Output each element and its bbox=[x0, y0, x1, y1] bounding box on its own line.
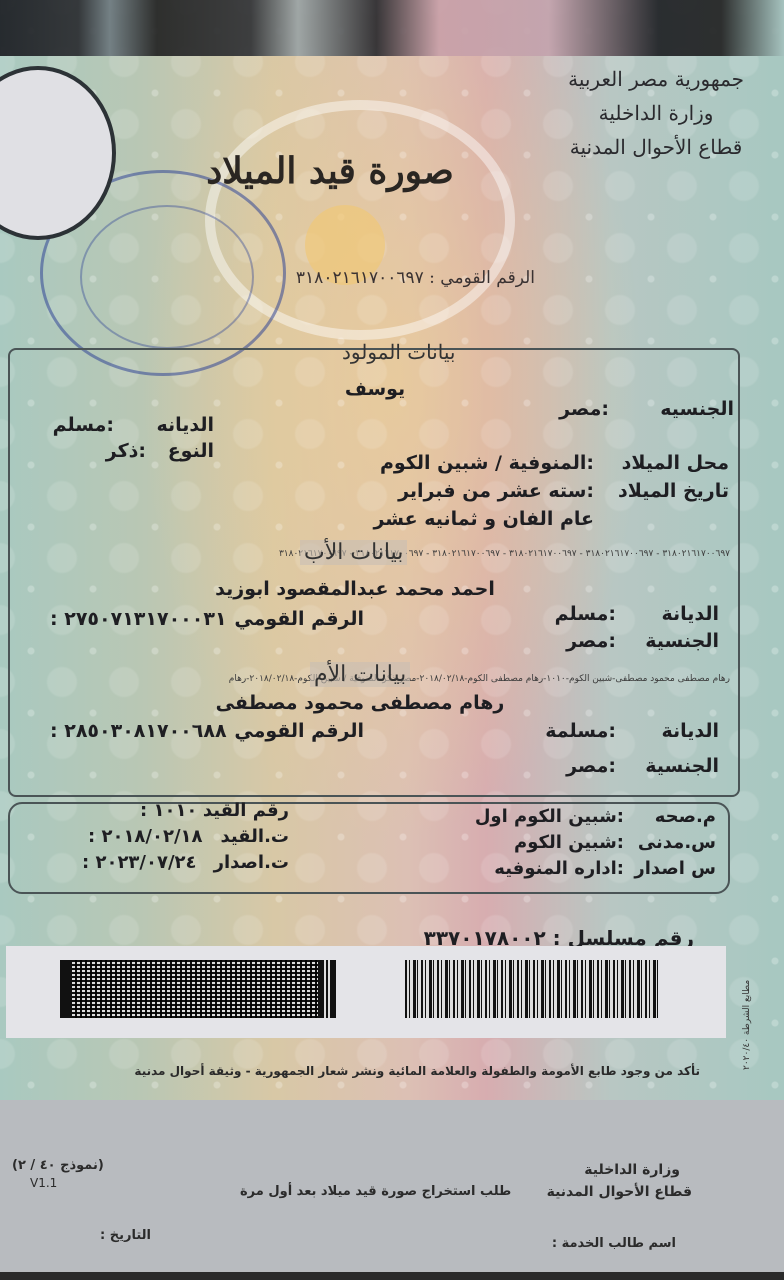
newborn-name: يوسف bbox=[330, 378, 420, 400]
mother-national-id-value: ٢٨٥٠٣٠٨١٧٠٠٦٨٨ bbox=[64, 720, 226, 742]
father-national-id-label: الرقم القومي bbox=[234, 608, 364, 630]
form-date-label: التاريخ : bbox=[100, 1228, 151, 1243]
birth-certificate: جمهورية مصر العربية وزارة الداخلية قطاع … bbox=[0, 0, 784, 1100]
form-sector: قطاع الأحوال المدنية bbox=[547, 1184, 692, 1200]
form-number: (نموذج ٤٠ / ٢) bbox=[12, 1158, 104, 1173]
issue-office: :اداره المنوفيه bbox=[494, 858, 624, 879]
newborn-gender-value: ذكر bbox=[106, 440, 139, 462]
record-number: ١٠١٠ : bbox=[140, 800, 197, 821]
newborn-gender-label: النوع bbox=[168, 440, 214, 462]
redacted-top-strip bbox=[0, 0, 784, 56]
bottom-edge-shadow bbox=[0, 1272, 784, 1280]
father-section-label: بيانات الأب bbox=[300, 540, 407, 565]
birthdate-line2: عام الفان و ثمانيه عشر bbox=[373, 508, 594, 530]
father-national-id-value: ٢٧٥٠٧١٣١٧٠٠٠٣١ bbox=[64, 608, 226, 630]
pdf417-start-pattern bbox=[60, 960, 72, 1018]
father-religion-value: مسلم bbox=[555, 603, 609, 625]
request-form: وزارة الداخلية قطاع الأحوال المدنية طلب … bbox=[0, 1100, 784, 1280]
issue-date: ٢٠٢٣/٠٧/٢٤ : bbox=[82, 852, 197, 873]
mother-section-label: بيانات الأم bbox=[310, 662, 410, 687]
issue-date-value: ٢٠٢٣/٠٧/٢٤ bbox=[95, 852, 196, 873]
mother-national-id-label: الرقم القومي bbox=[234, 720, 364, 742]
civil-registry-value: شبين الكوم bbox=[514, 832, 617, 853]
authenticity-note: تأكد من وجود طابع الأمومة والطفولة والعل… bbox=[30, 1064, 700, 1078]
newborn-nationality: :مصر bbox=[559, 398, 609, 420]
header-sector: قطاع الأحوال المدنية bbox=[568, 130, 744, 164]
mother-religion-label: الديانة bbox=[661, 720, 719, 742]
mother-religion: :مسلمة bbox=[545, 720, 616, 742]
father-name: احمد محمد عبدالمقصود ابوزيد bbox=[205, 578, 505, 600]
issue-office-value: اداره المنوفيه bbox=[494, 858, 617, 879]
newborn-religion-value: مسلم bbox=[53, 414, 107, 436]
newborn-gender: :ذكر bbox=[106, 440, 146, 462]
mother-national-id: ٢٨٥٠٣٠٨١٧٠٠٦٨٨ : bbox=[50, 720, 227, 742]
mother-religion-value: مسلمة bbox=[545, 720, 608, 742]
birthplace: :المنوفية / شبين الكوم bbox=[380, 452, 594, 474]
issue-date-label: ت.اصدار bbox=[214, 852, 289, 873]
header-ministry: وزارة الداخلية bbox=[568, 96, 744, 130]
newborn-nationality-label: الجنسيه bbox=[660, 398, 734, 420]
issuing-authority-header: جمهورية مصر العربية وزارة الداخلية قطاع … bbox=[568, 62, 744, 164]
newborn-section-label: بيانات المولود bbox=[342, 340, 455, 364]
health-office-value: شبين الكوم اول bbox=[475, 806, 617, 827]
mother-nationality-value: مصر bbox=[566, 755, 608, 777]
record-number-value: ١٠١٠ bbox=[153, 800, 197, 821]
mother-nationality: :مصر bbox=[566, 755, 616, 777]
father-religion: :مسلم bbox=[555, 603, 616, 625]
applicant-name-label: اسم طالب الخدمة : bbox=[552, 1236, 676, 1251]
newborn-nationality-value: مصر bbox=[559, 398, 601, 420]
father-nationality: :مصر bbox=[566, 630, 616, 652]
document-title: صورة قيد الميلاد bbox=[200, 150, 460, 192]
civil-registry: :شبين الكوم bbox=[514, 832, 624, 853]
father-nationality-value: مصر bbox=[566, 630, 608, 652]
linear-barcode bbox=[405, 960, 658, 1018]
father-national-id: ٢٧٥٠٧١٣١٧٠٠٠٣١ : bbox=[50, 608, 227, 630]
health-office: :شبين الكوم اول bbox=[475, 806, 624, 827]
pdf417-barcode bbox=[60, 960, 336, 1018]
header-country: جمهورية مصر العربية bbox=[568, 62, 744, 96]
birthdate-line1-value: سته عشر من فبراير bbox=[398, 480, 586, 502]
birthdate-label: تاريخ الميلاد bbox=[618, 480, 729, 502]
civil-registry-label: س.مدنى bbox=[638, 832, 716, 853]
newborn-religion-label: الديانه bbox=[156, 414, 214, 436]
father-nationality-label: الجنسية bbox=[645, 630, 719, 652]
printer-imprint: مطابع الشرطة ٢٠٢٠/٤٠ bbox=[742, 940, 762, 1070]
birthplace-value: المنوفية / شبين الكوم bbox=[380, 452, 586, 474]
mother-nationality-label: الجنسية bbox=[645, 755, 719, 777]
health-office-label: م.صحه bbox=[655, 806, 716, 827]
newborn-religion: :مسلم bbox=[53, 414, 114, 436]
form-request-title: طلب استخراج صورة قيد ميلاد بعد أول مرة bbox=[240, 1184, 511, 1199]
form-version: V1.1 bbox=[30, 1176, 57, 1190]
newborn-national-id: الرقم القومي : ٣١٨٠٢١٦١٧٠٠٦٩٧ bbox=[215, 268, 535, 288]
birthplace-label: محل الميلاد bbox=[622, 452, 729, 474]
record-date-label: ت.القيد bbox=[220, 826, 289, 847]
record-date: ٢٠١٨/٠٢/١٨ : bbox=[88, 826, 203, 847]
father-religion-label: الديانة bbox=[661, 603, 719, 625]
record-number-label: رقم القيد bbox=[203, 800, 289, 821]
form-ministry: وزارة الداخلية bbox=[584, 1162, 680, 1178]
issue-office-label: س اصدار bbox=[634, 858, 716, 879]
birthdate-line1: :سته عشر من فبراير bbox=[398, 480, 594, 502]
record-date-value: ٢٠١٨/٠٢/١٨ bbox=[101, 826, 202, 847]
pdf417-stop-pattern bbox=[318, 960, 336, 1018]
mother-name: رهام مصطفى محمود مصطفى bbox=[210, 692, 510, 714]
